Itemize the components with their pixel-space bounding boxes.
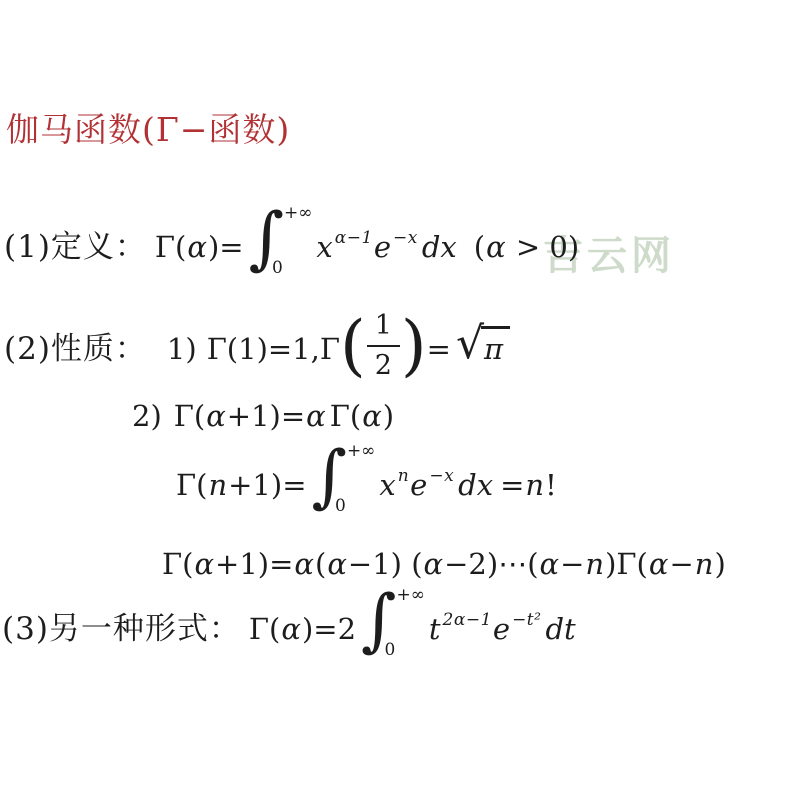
math-italic: α — [205, 399, 227, 433]
math-roman: − — [669, 547, 693, 581]
denominator: 2 — [375, 347, 392, 383]
big-paren: ( — [340, 307, 366, 384]
math-superscript: α−1 — [334, 228, 373, 248]
math-roman: Γ( — [249, 612, 280, 646]
math-italic: α — [485, 230, 507, 264]
math-italic: e — [492, 612, 511, 646]
page-title: 伽马函数(Γ−函数) — [6, 110, 290, 150]
radicand: π — [481, 326, 510, 369]
integral: ∫+∞0 — [312, 443, 376, 515]
math-italic: α — [186, 230, 208, 264]
math-roman: > 0) — [507, 230, 580, 264]
math-superscript: −x — [392, 228, 418, 248]
radical-sign: √ — [456, 322, 484, 366]
math-italic: x — [315, 230, 333, 264]
integral-lower-bound: 0 — [384, 642, 412, 659]
math-roman: )= — [302, 612, 338, 646]
math-roman: +1)= — [215, 547, 293, 581]
square-root: √π — [456, 322, 510, 369]
math-italic: α — [539, 547, 561, 581]
math-italic: e — [373, 230, 392, 264]
math-italic: n — [207, 468, 228, 502]
math-italic: x — [378, 468, 396, 502]
math-roman: )Γ( — [605, 547, 648, 581]
math-roman: = — [500, 468, 524, 502]
math-italic: α — [326, 547, 348, 581]
math-italic: α — [305, 399, 327, 433]
integral-bounds: +∞0 — [284, 205, 312, 277]
math-roman: ( — [315, 547, 326, 581]
math-roman: ) — [714, 547, 725, 581]
formula-property-1: (2)性质：1)Γ(1)=1,Γ(12)=√π — [4, 314, 510, 388]
math-roman: −1) ( — [348, 547, 423, 581]
math-italic: dt — [544, 612, 576, 646]
numerator: 1 — [367, 309, 400, 347]
formula-alternate-form: (3)另一种形式：Γ(α)=2∫+∞0t2α−1e−t²dt — [2, 595, 577, 667]
math-roman: − — [560, 547, 584, 581]
integral-upper-bound: +∞ — [396, 587, 424, 604]
integral-lower-bound: 0 — [272, 260, 300, 277]
math-roman: Γ( — [162, 547, 193, 581]
integral: ∫+∞0 — [361, 587, 425, 659]
integral-lower-bound: 0 — [335, 498, 363, 515]
math-italic: α — [361, 399, 383, 433]
math-superscript: −t² — [511, 610, 541, 630]
document-canvas: 伽马函数(Γ−函数) 吉云网 (1)定义：Γ(α)=∫+∞0xα−1e−xdx(… — [0, 0, 800, 800]
math-italic: n — [694, 547, 715, 581]
math-roman: = — [427, 332, 451, 366]
math-roman: −2)⋯( — [444, 547, 538, 581]
formula-definition: (1)定义：Γ(α)=∫+∞0xα−1e−xdx(α > 0) — [4, 213, 579, 285]
math-italic: dx — [457, 468, 494, 502]
math-roman: Γ( — [176, 468, 207, 502]
math-roman: Γ( — [174, 399, 205, 433]
math-italic: α — [280, 612, 302, 646]
math-roman: 1) — [167, 332, 197, 366]
math-roman: 2) — [132, 399, 162, 433]
math-roman: )= — [208, 230, 244, 264]
label-text: (3)另一种形式： — [2, 611, 241, 647]
math-superscript: n — [397, 466, 409, 486]
fraction: 12 — [367, 309, 400, 383]
math-italic: α — [293, 547, 315, 581]
integral-bounds: +∞0 — [396, 587, 424, 659]
math-italic: n — [584, 547, 605, 581]
math-roman: +1)= — [227, 399, 305, 433]
math-roman: +1)= — [228, 468, 306, 502]
math-italic: n — [524, 468, 545, 502]
math-roman: ) — [383, 399, 394, 433]
integral-upper-bound: +∞ — [347, 443, 375, 460]
formula-factorial: Γ(n+1)=∫+∞0xne−xdx=n! — [176, 451, 557, 523]
formula-recursion: Γ(α+1)=α(α−1) (α−2)⋯(α−n)Γ(α−n) — [162, 546, 726, 584]
label-text: (2)性质： — [4, 331, 147, 367]
math-roman: Γ( — [155, 230, 186, 264]
math-italic: α — [193, 547, 215, 581]
math-italic: t — [428, 612, 442, 646]
label-text: (1)定义： — [4, 229, 147, 265]
math-italic: α — [648, 547, 670, 581]
math-superscript: 2α−1 — [442, 610, 492, 630]
math-italic: e — [409, 468, 428, 502]
math-roman: Γ( — [330, 399, 361, 433]
integral-bounds: +∞0 — [347, 443, 375, 515]
math-roman: ( — [474, 230, 485, 264]
math-roman: 2 — [338, 612, 356, 646]
integral: ∫+∞0 — [249, 205, 313, 277]
integral-upper-bound: +∞ — [284, 205, 312, 222]
math-roman: Γ(1)=1,Γ — [207, 332, 340, 366]
formula-property-2: 2)Γ(α+1)=αΓ(α) — [132, 398, 394, 436]
big-paren: ) — [401, 307, 427, 384]
math-italic: dx — [421, 230, 458, 264]
math-superscript: −x — [428, 466, 454, 486]
math-roman: ! — [545, 468, 557, 502]
math-italic: α — [423, 547, 445, 581]
